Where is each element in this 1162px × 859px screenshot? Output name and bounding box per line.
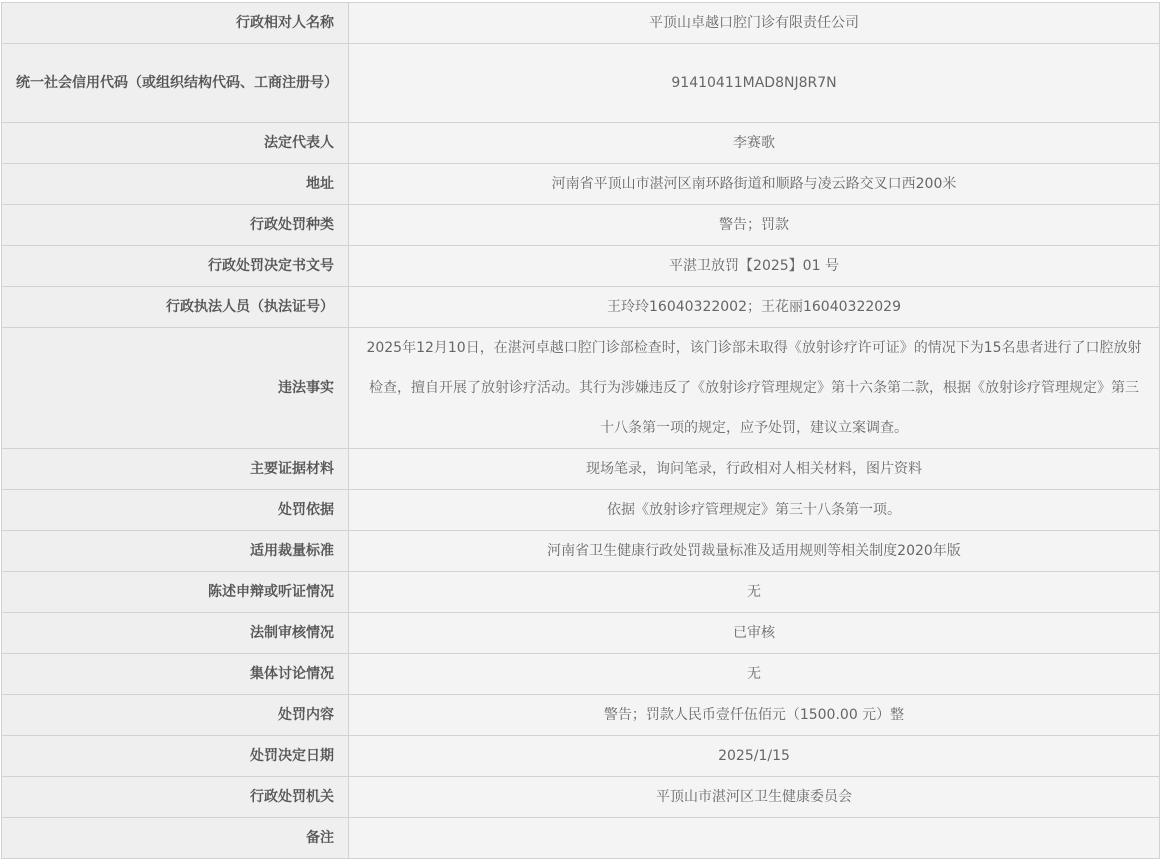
table-row-violation-facts: 违法事实 2025年12月10日，在湛河卓越口腔门诊部检查时，该门诊部未取得《放…: [2, 328, 1160, 449]
field-label: 法定代表人: [2, 123, 349, 164]
field-value: 平湛卫放罚【2025】01 号: [349, 246, 1160, 287]
field-label: 地址: [2, 164, 349, 205]
table-row-credit-code: 统一社会信用代码（或组织结构代码、工商注册号） 91410411MAD8NJ8R…: [2, 44, 1160, 123]
field-label: 集体讨论情况: [2, 654, 349, 695]
field-value: 河南省卫生健康行政处罚裁量标准及适用规则等相关制度2020年版: [349, 531, 1160, 572]
field-value: [349, 818, 1160, 852]
field-label: 行政处罚机关: [2, 777, 349, 818]
field-label: 行政执法人员（执法证号）: [2, 287, 349, 328]
field-label: 违法事实: [2, 328, 349, 449]
table-row-hearing: 陈述申辩或听证情况 无: [2, 572, 1160, 613]
field-label: 处罚内容: [2, 695, 349, 736]
table-row-decision-date: 处罚决定日期 2025/1/15: [2, 736, 1160, 777]
table-row-penalty-basis: 处罚依据 依据《放射诊疗管理规定》第三十八条第一项。: [2, 490, 1160, 531]
field-value: 依据《放射诊疗管理规定》第三十八条第一项。: [349, 490, 1160, 531]
field-value: 已审核: [349, 613, 1160, 654]
field-label: 备注: [2, 818, 349, 852]
field-value: 平顶山市湛河区卫生健康委员会: [349, 777, 1160, 818]
field-label: 行政处罚种类: [2, 205, 349, 246]
field-value: 无: [349, 654, 1160, 695]
table-row-legal-review: 法制审核情况 已审核: [2, 613, 1160, 654]
field-value: 警告；罚款人民币壹仟伍佰元（1500.00 元）整: [349, 695, 1160, 736]
table-row-legal-representative: 法定代表人 李赛歌: [2, 123, 1160, 164]
field-label: 法制审核情况: [2, 613, 349, 654]
field-value: 李赛歌: [349, 123, 1160, 164]
field-value: 平顶山卓越口腔门诊有限责任公司: [349, 3, 1160, 44]
field-label: 主要证据材料: [2, 449, 349, 490]
table-row-discretion-standard: 适用裁量标准 河南省卫生健康行政处罚裁量标准及适用规则等相关制度2020年版: [2, 531, 1160, 572]
field-label: 行政处罚决定书文号: [2, 246, 349, 287]
field-value: 警告；罚款: [349, 205, 1160, 246]
field-value: 王玲玲16040322002；王花丽16040322029: [349, 287, 1160, 328]
table-row-enforcement-officers: 行政执法人员（执法证号） 王玲玲16040322002；王花丽160403220…: [2, 287, 1160, 328]
table-row-penalty-content: 处罚内容 警告；罚款人民币壹仟伍佰元（1500.00 元）整: [2, 695, 1160, 736]
field-value: 河南省平顶山市湛河区南环路街道和顺路与凌云路交叉口西200米: [349, 164, 1160, 205]
field-label: 统一社会信用代码（或组织结构代码、工商注册号）: [2, 44, 349, 123]
table-row-remarks: 备注: [2, 818, 1160, 852]
field-label: 处罚决定日期: [2, 736, 349, 777]
table-row-penalty-type: 行政处罚种类 警告；罚款: [2, 205, 1160, 246]
field-value: 现场笔录，询问笔录，行政相对人相关材料，图片资料: [349, 449, 1160, 490]
field-value: 91410411MAD8NJ8R7N: [349, 44, 1160, 123]
table-row-penalty-authority: 行政处罚机关 平顶山市湛河区卫生健康委员会: [2, 777, 1160, 818]
field-label: 适用裁量标准: [2, 531, 349, 572]
field-value: 2025年12月10日，在湛河卓越口腔门诊部检查时，该门诊部未取得《放射诊疗许可…: [349, 328, 1160, 449]
table-row-collective-discussion: 集体讨论情况 无: [2, 654, 1160, 695]
field-label: 陈述申辩或听证情况: [2, 572, 349, 613]
field-value: 无: [349, 572, 1160, 613]
table-row-decision-number: 行政处罚决定书文号 平湛卫放罚【2025】01 号: [2, 246, 1160, 287]
table-row-evidence: 主要证据材料 现场笔录，询问笔录，行政相对人相关材料，图片资料: [2, 449, 1160, 490]
field-label: 处罚依据: [2, 490, 349, 531]
table-row-address: 地址 河南省平顶山市湛河区南环路街道和顺路与凌云路交叉口西200米: [2, 164, 1160, 205]
field-label: 行政相对人名称: [2, 3, 349, 44]
field-value: 2025/1/15: [349, 736, 1160, 777]
table-row-party-name: 行政相对人名称 平顶山卓越口腔门诊有限责任公司: [2, 3, 1160, 44]
administrative-penalty-table: 行政相对人名称 平顶山卓越口腔门诊有限责任公司 统一社会信用代码（或组织结构代码…: [1, 2, 1160, 851]
